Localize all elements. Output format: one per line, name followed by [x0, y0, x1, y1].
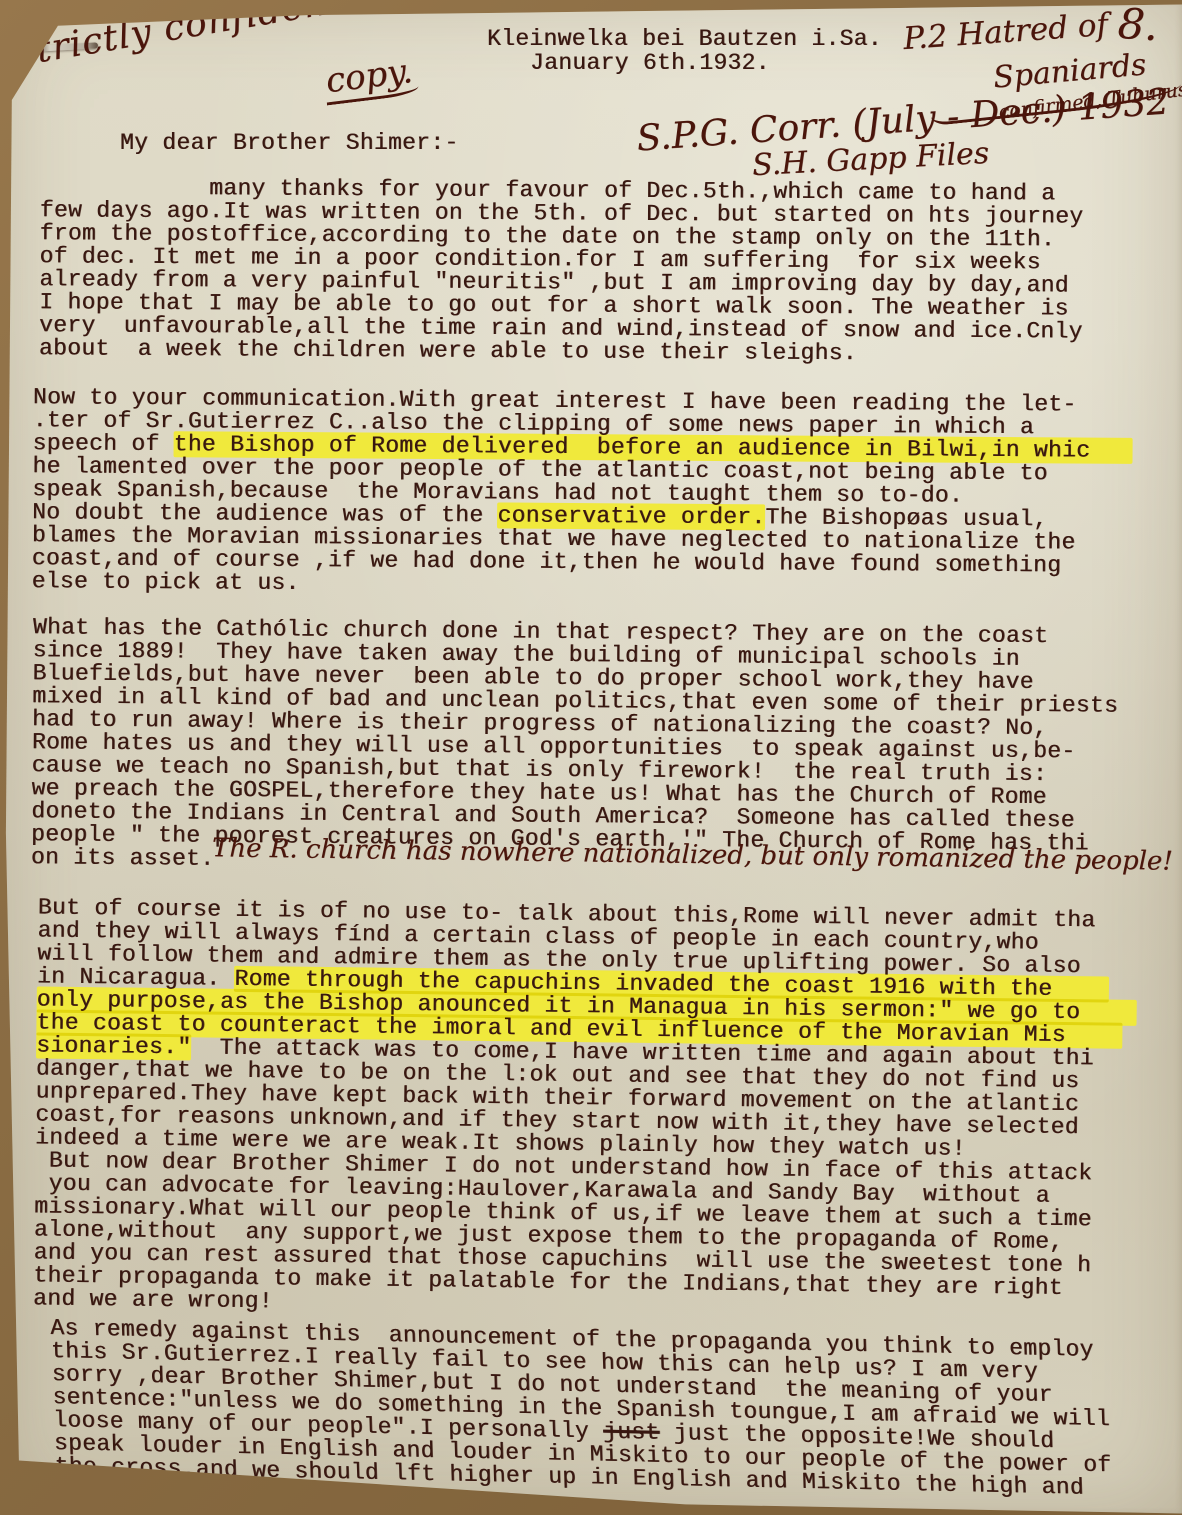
cardboard-background: strictly confidential copy. Kleinwelka b…	[0, 0, 1182, 1515]
letter-paragraph-2: Now to your communication.With great int…	[0, 386, 1182, 601]
handwritten-number-note: 8.	[1116, 0, 1159, 50]
handwritten-page-note: P.2 Hatred of	[902, 7, 1109, 57]
letter-page: strictly confidential copy. Kleinwelka b…	[0, 0, 1182, 1515]
letter-paragraph-1: many thanks for your favour of Dec.5th.,…	[0, 176, 1182, 367]
letter-paragraph-5: As remedy against this announcement of t…	[0, 1316, 1182, 1503]
letter-date-line: January 6th.1932.	[530, 52, 770, 75]
handwritten-copy-note: copy.	[322, 51, 419, 106]
letter-salutation: My dear Brother Shimer:-	[120, 132, 458, 155]
letter-place-line: Kleinwelka bei Bautzen i.Sa.	[487, 28, 882, 51]
letter-paragraph-4: But of course it is of no use to- talk a…	[0, 896, 1182, 1325]
